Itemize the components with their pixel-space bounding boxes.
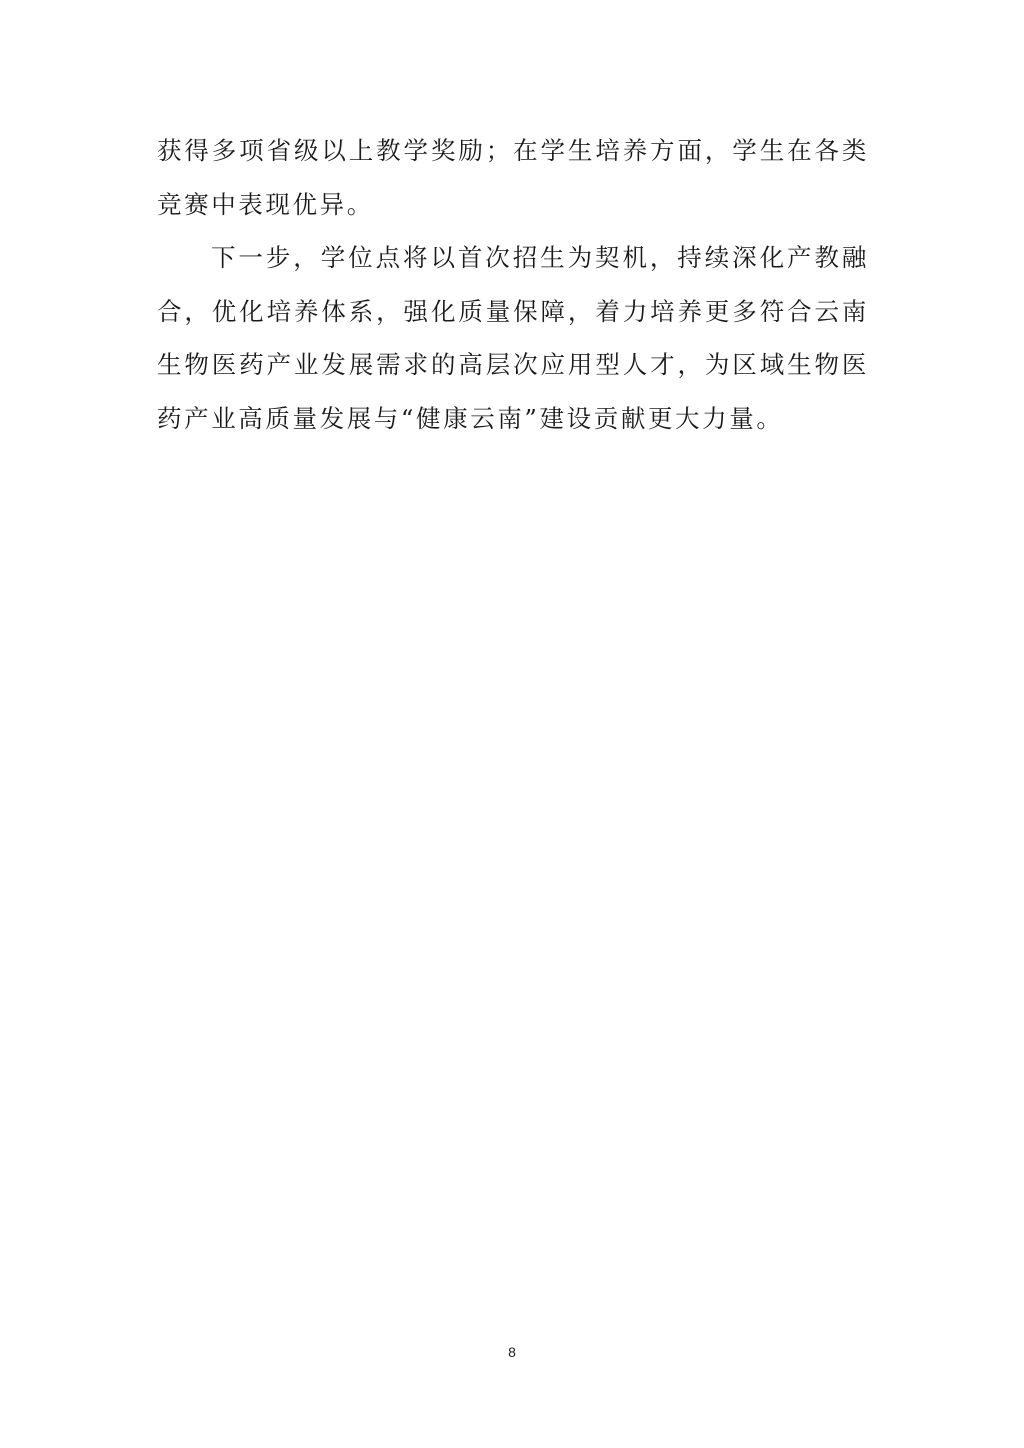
- paragraph-continuation: 获得多项省级以上教学奖励；在学生培养方面，学生在各类竞赛中表现优异。: [157, 124, 869, 231]
- paragraph-next-steps: 下一步，学位点将以首次招生为契机，持续深化产教融合，优化培养体系，强化质量保障，…: [157, 231, 869, 445]
- page-number: 8: [0, 1344, 1024, 1360]
- body-text: 获得多项省级以上教学奖励；在学生培养方面，学生在各类竞赛中表现优异。 下一步，学…: [157, 124, 869, 446]
- document-page: 获得多项省级以上教学奖励；在学生培养方面，学生在各类竞赛中表现优异。 下一步，学…: [0, 0, 1024, 1448]
